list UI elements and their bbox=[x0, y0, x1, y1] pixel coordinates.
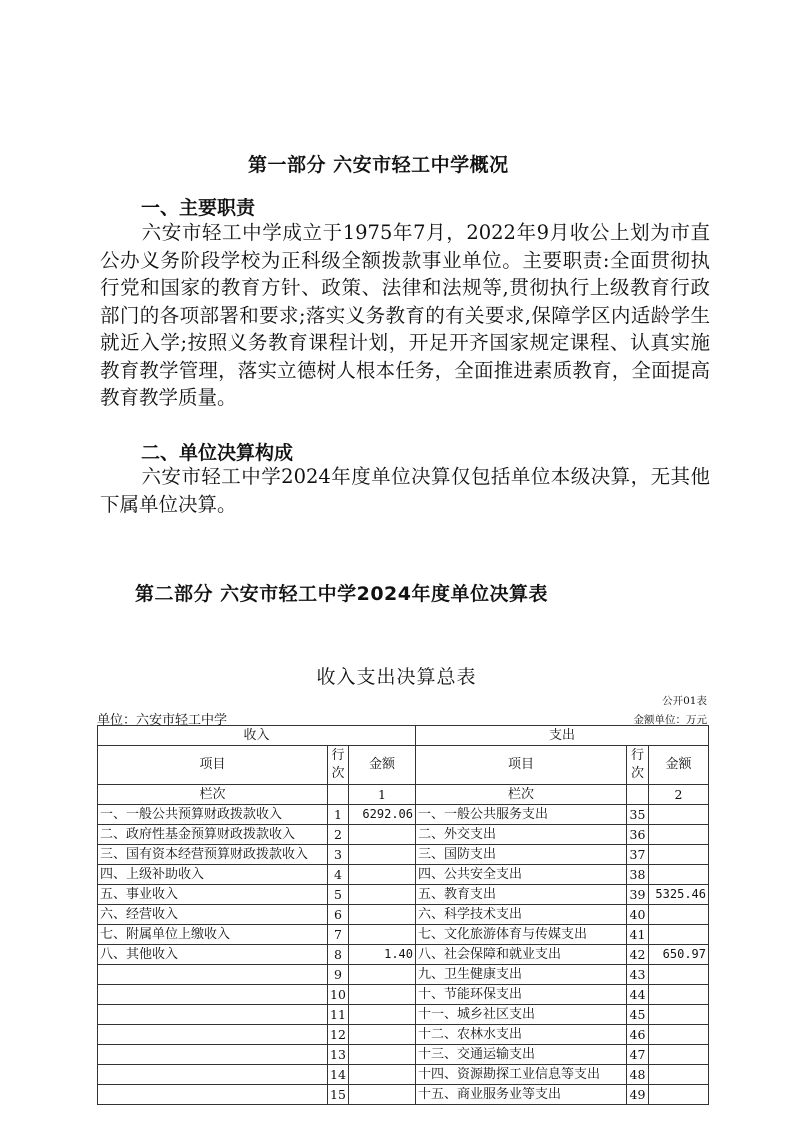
table-subheader-row: 项目 行次 金额 项目 行次 金额 bbox=[98, 746, 709, 785]
table-row: 五、事业收入5五、教育支出395325.46 bbox=[98, 885, 709, 905]
income-item bbox=[98, 1025, 328, 1045]
income-row-no: 2 bbox=[328, 825, 349, 845]
income-lanci-number: 1 bbox=[349, 785, 416, 805]
expense-item: 十一、城乡社区支出 bbox=[416, 1005, 627, 1025]
income-item: 八、其他收入 bbox=[98, 945, 328, 965]
income-amount bbox=[349, 885, 416, 905]
row-no-bottom: 次 bbox=[631, 766, 644, 781]
income-item-header: 项目 bbox=[98, 746, 328, 785]
expense-row-no: 36 bbox=[627, 825, 649, 845]
table-title: 收入支出决算总表 bbox=[0, 662, 793, 689]
expense-item-header: 项目 bbox=[416, 746, 627, 785]
expense-row-no: 49 bbox=[627, 1085, 649, 1105]
income-item: 四、上级补助收入 bbox=[98, 865, 328, 885]
table-row: 四、上级补助收入4四、公共安全支出38 bbox=[98, 865, 709, 885]
expense-row-no-header: 行次 bbox=[627, 746, 649, 785]
income-lanci-blank bbox=[328, 785, 349, 805]
income-amount bbox=[349, 1045, 416, 1065]
income-item bbox=[98, 1005, 328, 1025]
income-amount bbox=[349, 905, 416, 925]
lanci-row: 栏次 1 栏次 2 bbox=[98, 785, 709, 805]
income-header: 收入 bbox=[98, 726, 416, 746]
section2-heading: 二、单位决算构成 bbox=[141, 438, 293, 465]
table-row: 二、政府性基金预算财政拨款收入2二、外交支出36 bbox=[98, 825, 709, 845]
income-row-no: 11 bbox=[328, 1005, 349, 1025]
income-amount bbox=[349, 865, 416, 885]
income-amount bbox=[349, 965, 416, 985]
income-row-no: 9 bbox=[328, 965, 349, 985]
expense-item: 八、社会保障和就业支出 bbox=[416, 945, 627, 965]
expense-row-no: 45 bbox=[627, 1005, 649, 1025]
expense-amount bbox=[649, 1085, 709, 1105]
table-row: 10十、节能环保支出44 bbox=[98, 985, 709, 1005]
income-item bbox=[98, 1045, 328, 1065]
expense-amount: 5325.46 bbox=[649, 885, 709, 905]
expense-row-no: 46 bbox=[627, 1025, 649, 1045]
expense-row-no: 39 bbox=[627, 885, 649, 905]
income-row-no: 8 bbox=[328, 945, 349, 965]
expense-item: 五、教育支出 bbox=[416, 885, 627, 905]
table-row: 八、其他收入81.40八、社会保障和就业支出42650.97 bbox=[98, 945, 709, 965]
income-row-no: 7 bbox=[328, 925, 349, 945]
income-item: 五、事业收入 bbox=[98, 885, 328, 905]
section1-paragraph: 六安市轻工中学成立于1975年7月，2022年9月收公上划为市直公办义务阶段学校… bbox=[100, 219, 710, 412]
income-row-no: 13 bbox=[328, 1045, 349, 1065]
form-number: 公开01表 bbox=[662, 693, 707, 708]
expense-item: 十三、交通运输支出 bbox=[416, 1045, 627, 1065]
expense-item: 四、公共安全支出 bbox=[416, 865, 627, 885]
expense-amount bbox=[649, 1045, 709, 1065]
expense-row-no: 38 bbox=[627, 865, 649, 885]
part2-title: 第二部分 六安市轻工中学2024年度单位决算表 bbox=[135, 579, 548, 606]
expense-amount bbox=[649, 965, 709, 985]
expense-amount bbox=[649, 845, 709, 865]
income-amount bbox=[349, 1005, 416, 1025]
income-amount: 6292.06 bbox=[349, 805, 416, 825]
income-item: 七、附属单位上缴收入 bbox=[98, 925, 328, 945]
expense-amount: 650.97 bbox=[649, 945, 709, 965]
table-row: 一、一般公共预算财政拨款收入16292.06一、一般公共服务支出35 bbox=[98, 805, 709, 825]
expense-amount-header: 金额 bbox=[649, 746, 709, 785]
expense-amount bbox=[649, 805, 709, 825]
row-no-top: 行 bbox=[631, 748, 644, 763]
expense-item: 一、一般公共服务支出 bbox=[416, 805, 627, 825]
income-row-no: 12 bbox=[328, 1025, 349, 1045]
income-expense-table: 收入 支出 项目 行次 金额 项目 行次 金额 栏次 1 栏次 2 一、一般公共… bbox=[97, 725, 709, 1105]
table-row: 14十四、资源勘探工业信息等支出48 bbox=[98, 1065, 709, 1085]
income-item bbox=[98, 1065, 328, 1085]
income-row-no: 10 bbox=[328, 985, 349, 1005]
table-row: 六、经营收入6六、科学技术支出40 bbox=[98, 905, 709, 925]
expense-item: 十二、农林水支出 bbox=[416, 1025, 627, 1045]
income-item bbox=[98, 965, 328, 985]
income-row-no: 3 bbox=[328, 845, 349, 865]
income-amount bbox=[349, 845, 416, 865]
section2-text: 六安市轻工中学2024年度单位决算仅包括单位本级决算，无其他下属单位决算。 bbox=[100, 465, 710, 516]
table-row: 13十三、交通运输支出47 bbox=[98, 1045, 709, 1065]
income-amount bbox=[349, 1025, 416, 1045]
income-amount bbox=[349, 825, 416, 845]
expense-item: 十五、商业服务业等支出 bbox=[416, 1085, 627, 1105]
income-amount: 1.40 bbox=[349, 945, 416, 965]
income-amount bbox=[349, 985, 416, 1005]
income-row-no: 6 bbox=[328, 905, 349, 925]
expense-item: 三、国防支出 bbox=[416, 845, 627, 865]
expense-item: 十四、资源勘探工业信息等支出 bbox=[416, 1065, 627, 1085]
income-row-no: 15 bbox=[328, 1085, 349, 1105]
expense-row-no: 44 bbox=[627, 985, 649, 1005]
income-row-no: 1 bbox=[328, 805, 349, 825]
table-row: 9九、卫生健康支出43 bbox=[98, 965, 709, 985]
table-header-row: 收入 支出 bbox=[98, 726, 709, 746]
income-item: 六、经营收入 bbox=[98, 905, 328, 925]
expense-amount bbox=[649, 925, 709, 945]
section1-text: 六安市轻工中学成立于1975年7月，2022年9月收公上划为市直公办义务阶段学校… bbox=[100, 221, 710, 409]
section2-paragraph: 六安市轻工中学2024年度单位决算仅包括单位本级决算，无其他下属单位决算。 bbox=[100, 463, 710, 518]
expense-amount bbox=[649, 1065, 709, 1085]
expense-item: 七、文化旅游体育与传媒支出 bbox=[416, 925, 627, 945]
expense-amount bbox=[649, 905, 709, 925]
expense-lanci-number: 2 bbox=[649, 785, 709, 805]
row-no-top: 行 bbox=[331, 748, 344, 763]
income-item: 三、国有资本经营预算财政拨款收入 bbox=[98, 845, 328, 865]
income-lanci-label: 栏次 bbox=[98, 785, 328, 805]
expense-row-no: 48 bbox=[627, 1065, 649, 1085]
income-row-no: 14 bbox=[328, 1065, 349, 1085]
table-row: 12十二、农林水支出46 bbox=[98, 1025, 709, 1045]
expense-row-no: 43 bbox=[627, 965, 649, 985]
expense-row-no: 37 bbox=[627, 845, 649, 865]
row-no-bottom: 次 bbox=[331, 766, 344, 781]
expense-row-no: 47 bbox=[627, 1045, 649, 1065]
income-amount bbox=[349, 925, 416, 945]
expense-lanci-blank bbox=[627, 785, 649, 805]
expense-item: 九、卫生健康支出 bbox=[416, 965, 627, 985]
income-item: 一、一般公共预算财政拨款收入 bbox=[98, 805, 328, 825]
table-row: 11十一、城乡社区支出45 bbox=[98, 1005, 709, 1025]
expense-amount bbox=[649, 865, 709, 885]
income-item bbox=[98, 985, 328, 1005]
expense-item: 六、科学技术支出 bbox=[416, 905, 627, 925]
section1-heading: 一、主要职责 bbox=[141, 193, 255, 220]
expense-item: 二、外交支出 bbox=[416, 825, 627, 845]
income-row-no: 5 bbox=[328, 885, 349, 905]
table-row: 三、国有资本经营预算财政拨款收入3三、国防支出37 bbox=[98, 845, 709, 865]
document-page: 第一部分 六安市轻工中学概况 一、主要职责 六安市轻工中学成立于1975年7月，… bbox=[0, 0, 793, 1122]
expense-amount bbox=[649, 1025, 709, 1045]
part1-title: 第一部分 六安市轻工中学概况 bbox=[248, 150, 509, 177]
income-amount bbox=[349, 1085, 416, 1105]
expense-row-no: 41 bbox=[627, 925, 649, 945]
income-row-no-header: 行次 bbox=[328, 746, 349, 785]
table-row: 15十五、商业服务业等支出49 bbox=[98, 1085, 709, 1105]
expense-amount bbox=[649, 1005, 709, 1025]
expense-item: 十、节能环保支出 bbox=[416, 985, 627, 1005]
income-row-no: 4 bbox=[328, 865, 349, 885]
expense-lanci-label: 栏次 bbox=[416, 785, 627, 805]
expense-row-no: 40 bbox=[627, 905, 649, 925]
table-row: 七、附属单位上缴收入7七、文化旅游体育与传媒支出41 bbox=[98, 925, 709, 945]
income-amount-header: 金额 bbox=[349, 746, 416, 785]
expense-amount bbox=[649, 825, 709, 845]
income-item: 二、政府性基金预算财政拨款收入 bbox=[98, 825, 328, 845]
expense-row-no: 35 bbox=[627, 805, 649, 825]
income-amount bbox=[349, 1065, 416, 1085]
income-item bbox=[98, 1085, 328, 1105]
expense-amount bbox=[649, 985, 709, 1005]
expense-header: 支出 bbox=[416, 726, 709, 746]
expense-row-no: 42 bbox=[627, 945, 649, 965]
